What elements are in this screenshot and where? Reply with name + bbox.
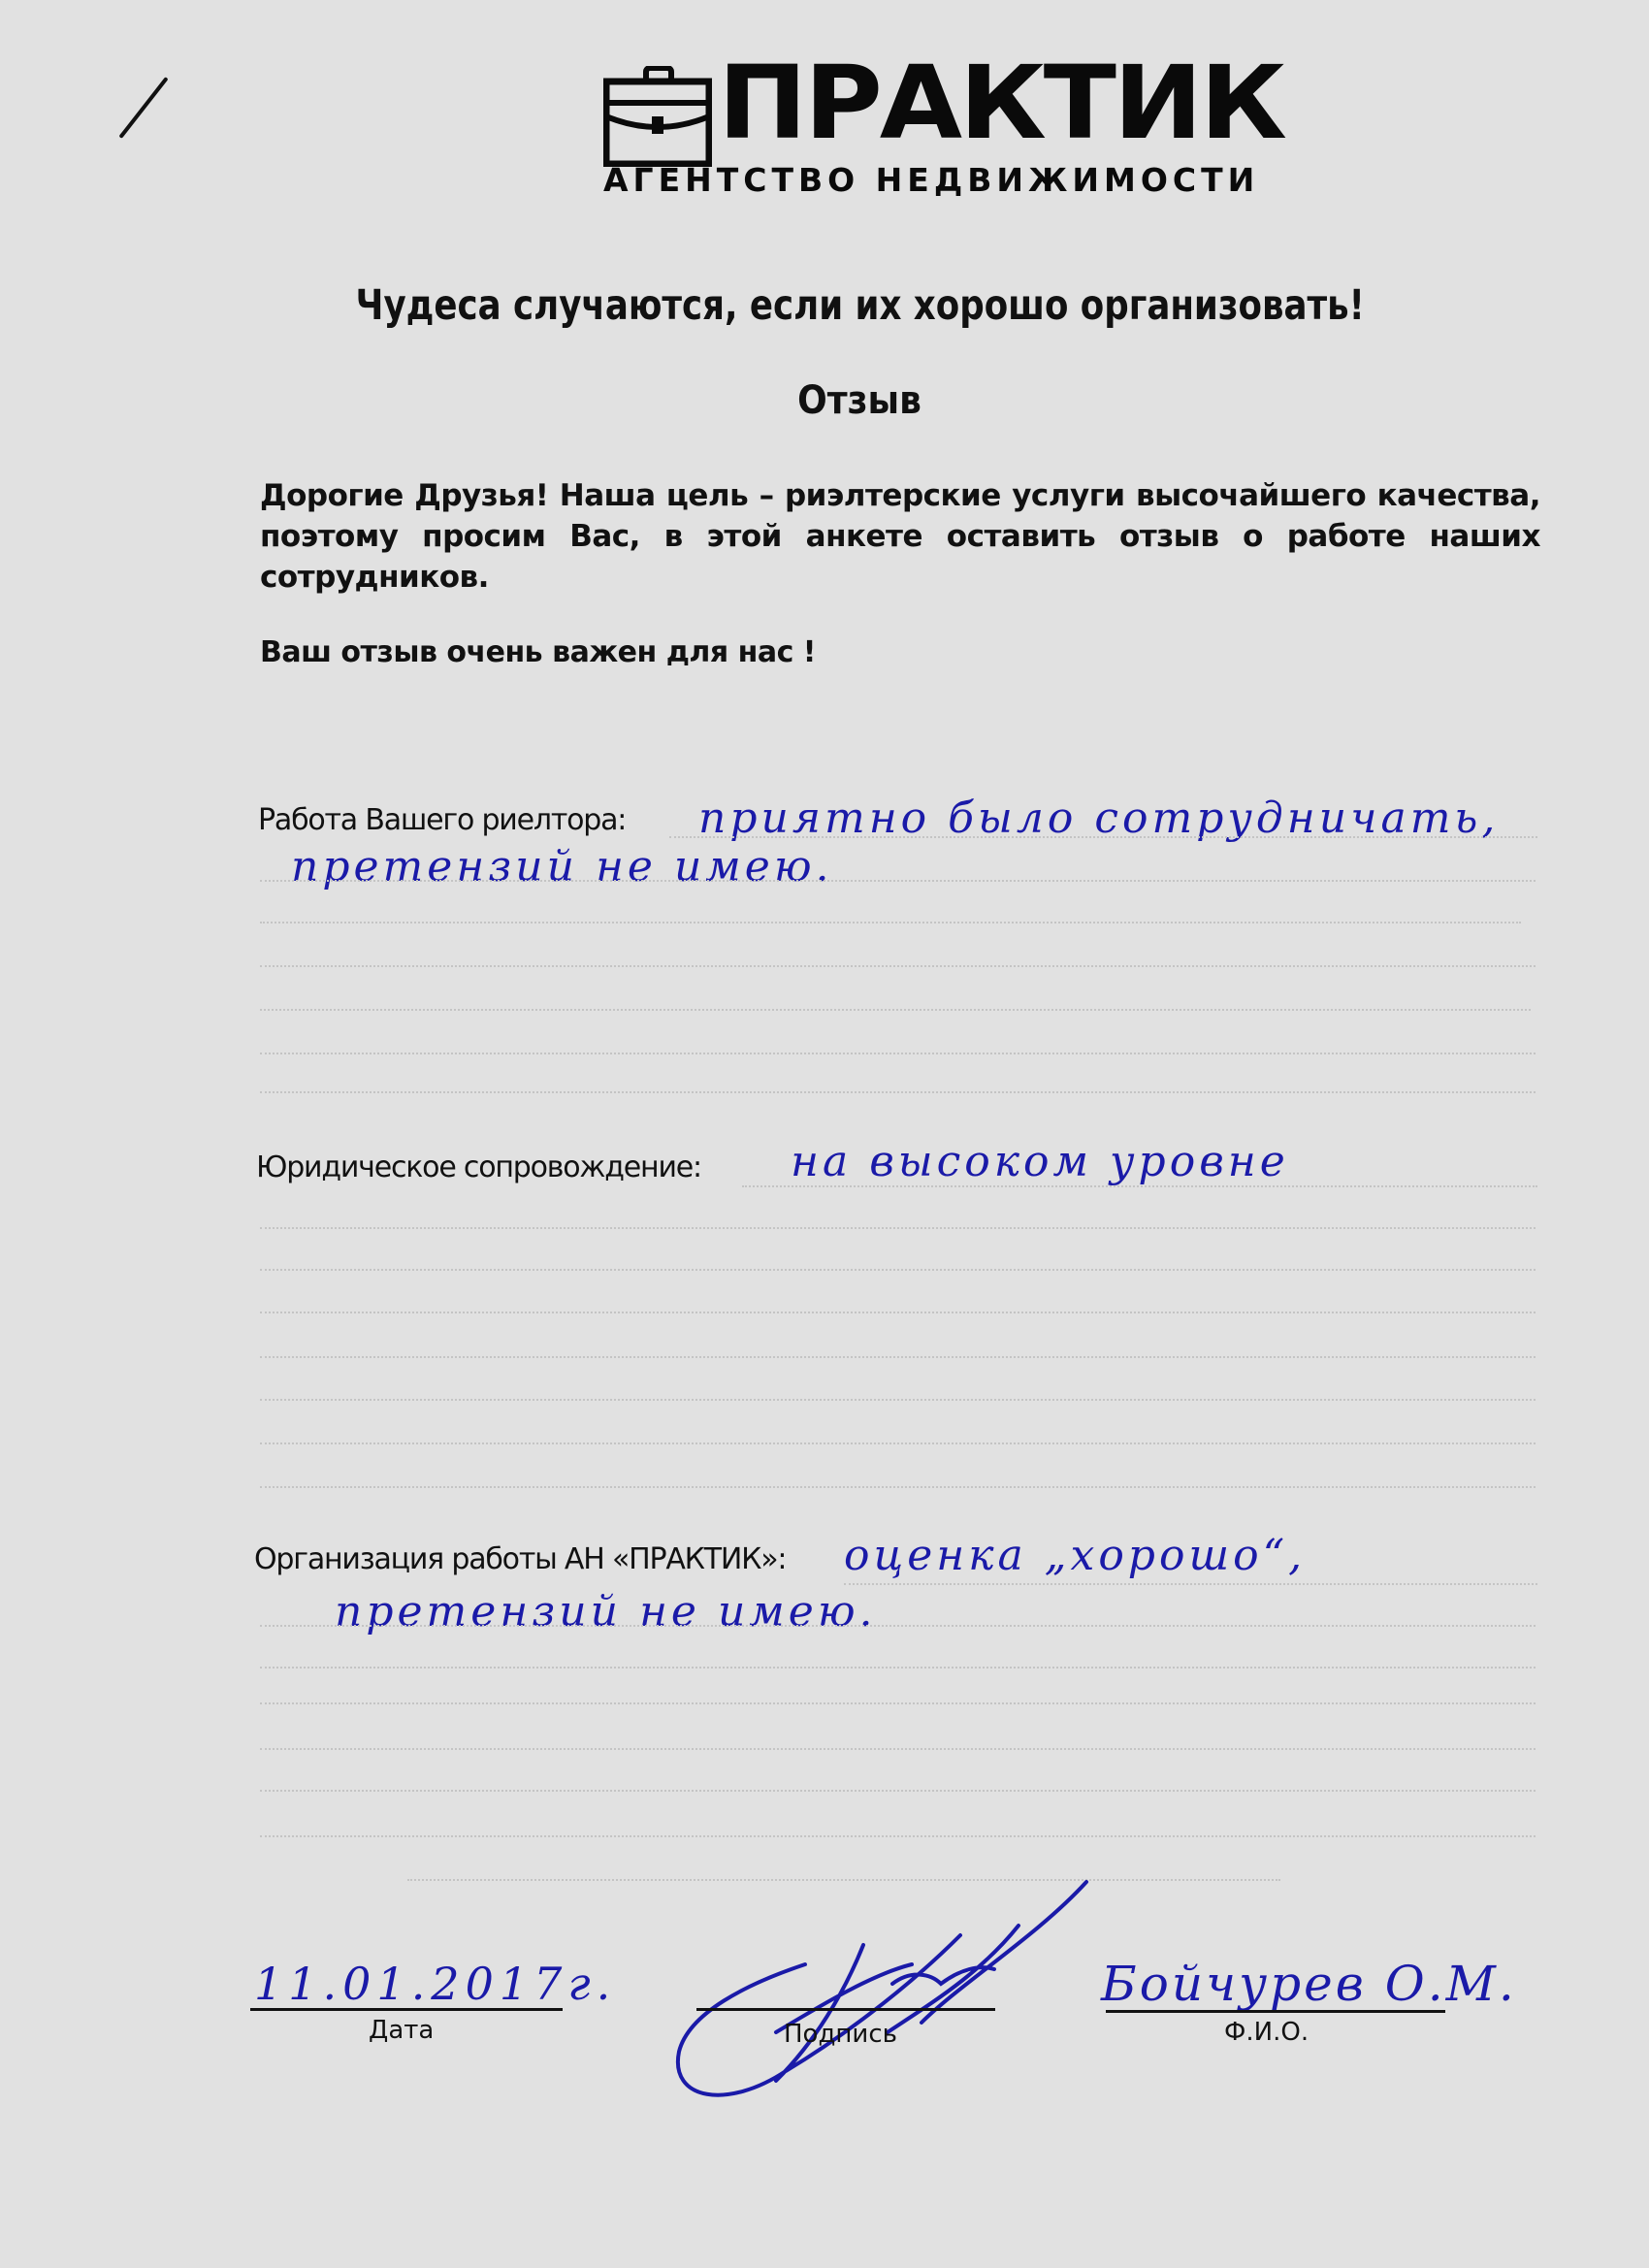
date-value[interactable]: 11.01.2017г. <box>254 1958 616 2010</box>
answer-line <box>260 922 1521 923</box>
answer-line <box>260 1399 1536 1401</box>
signature-caption: Подпись <box>784 2020 897 2049</box>
answer-line <box>844 1583 1537 1585</box>
brand-subtitle: АГЕНТСТВО НЕДВИЖИМОСТИ <box>603 161 1259 199</box>
answer-line <box>260 1667 1536 1669</box>
answer-organization-line2[interactable]: претензий не имею. <box>335 1587 877 1636</box>
field-label-legal: Юридическое сопровождение: <box>256 1150 701 1184</box>
name-value[interactable]: Бойчурев О.М. <box>1101 1956 1517 2012</box>
company-logo: ПРАКТИК АГЕНТСТВО НЕДВИЖИМОСТИ <box>603 66 1205 202</box>
page-title: Отзыв <box>82 378 1567 423</box>
date-caption: Дата <box>369 2016 434 2045</box>
answer-line <box>260 1227 1536 1229</box>
answer-realtor-line2[interactable]: претензий не имею. <box>291 842 833 891</box>
answer-line <box>260 1356 1536 1358</box>
answer-line <box>260 1312 1536 1313</box>
answer-line <box>260 965 1536 967</box>
answer-line <box>669 836 1537 838</box>
answer-line <box>260 1009 1531 1011</box>
pen-mark <box>118 77 168 139</box>
answer-line <box>260 1702 1536 1704</box>
name-line <box>1106 2010 1445 2013</box>
answer-line <box>260 1835 1536 1837</box>
answer-organization-line1[interactable]: оценка „хорошо“, <box>844 1531 1306 1580</box>
answer-line <box>260 1442 1536 1444</box>
answer-line <box>260 1790 1536 1792</box>
intro-paragraph: Дорогие Друзья! Наша цель – риэлтерские … <box>260 475 1540 598</box>
field-label-realtor: Работа Вашего риелтора: <box>258 803 626 837</box>
answer-legal-line1[interactable]: на высоком уровне <box>791 1137 1289 1186</box>
slogan: Чудеса случаются, если их хорошо организ… <box>66 281 1583 330</box>
answer-line <box>260 1269 1536 1271</box>
answer-line <box>260 1053 1536 1054</box>
answer-line <box>260 1091 1536 1093</box>
answer-line <box>260 880 1536 882</box>
brand-name: ПРАКТИК <box>718 52 1284 153</box>
answer-line <box>742 1185 1537 1187</box>
date-line <box>250 2008 563 2011</box>
important-note: Ваш отзыв очень важен для нас ! <box>260 635 816 669</box>
signature-line <box>696 2008 995 2011</box>
answer-line <box>260 1486 1536 1488</box>
answer-line <box>260 1625 1536 1627</box>
answer-line <box>260 1748 1536 1750</box>
signature-scribble[interactable] <box>669 1877 1096 2129</box>
briefcase-icon <box>603 66 712 167</box>
name-caption: Ф.И.О. <box>1224 2018 1309 2047</box>
field-label-organization: Организация работы АН «ПРАКТИК»: <box>254 1542 786 1576</box>
